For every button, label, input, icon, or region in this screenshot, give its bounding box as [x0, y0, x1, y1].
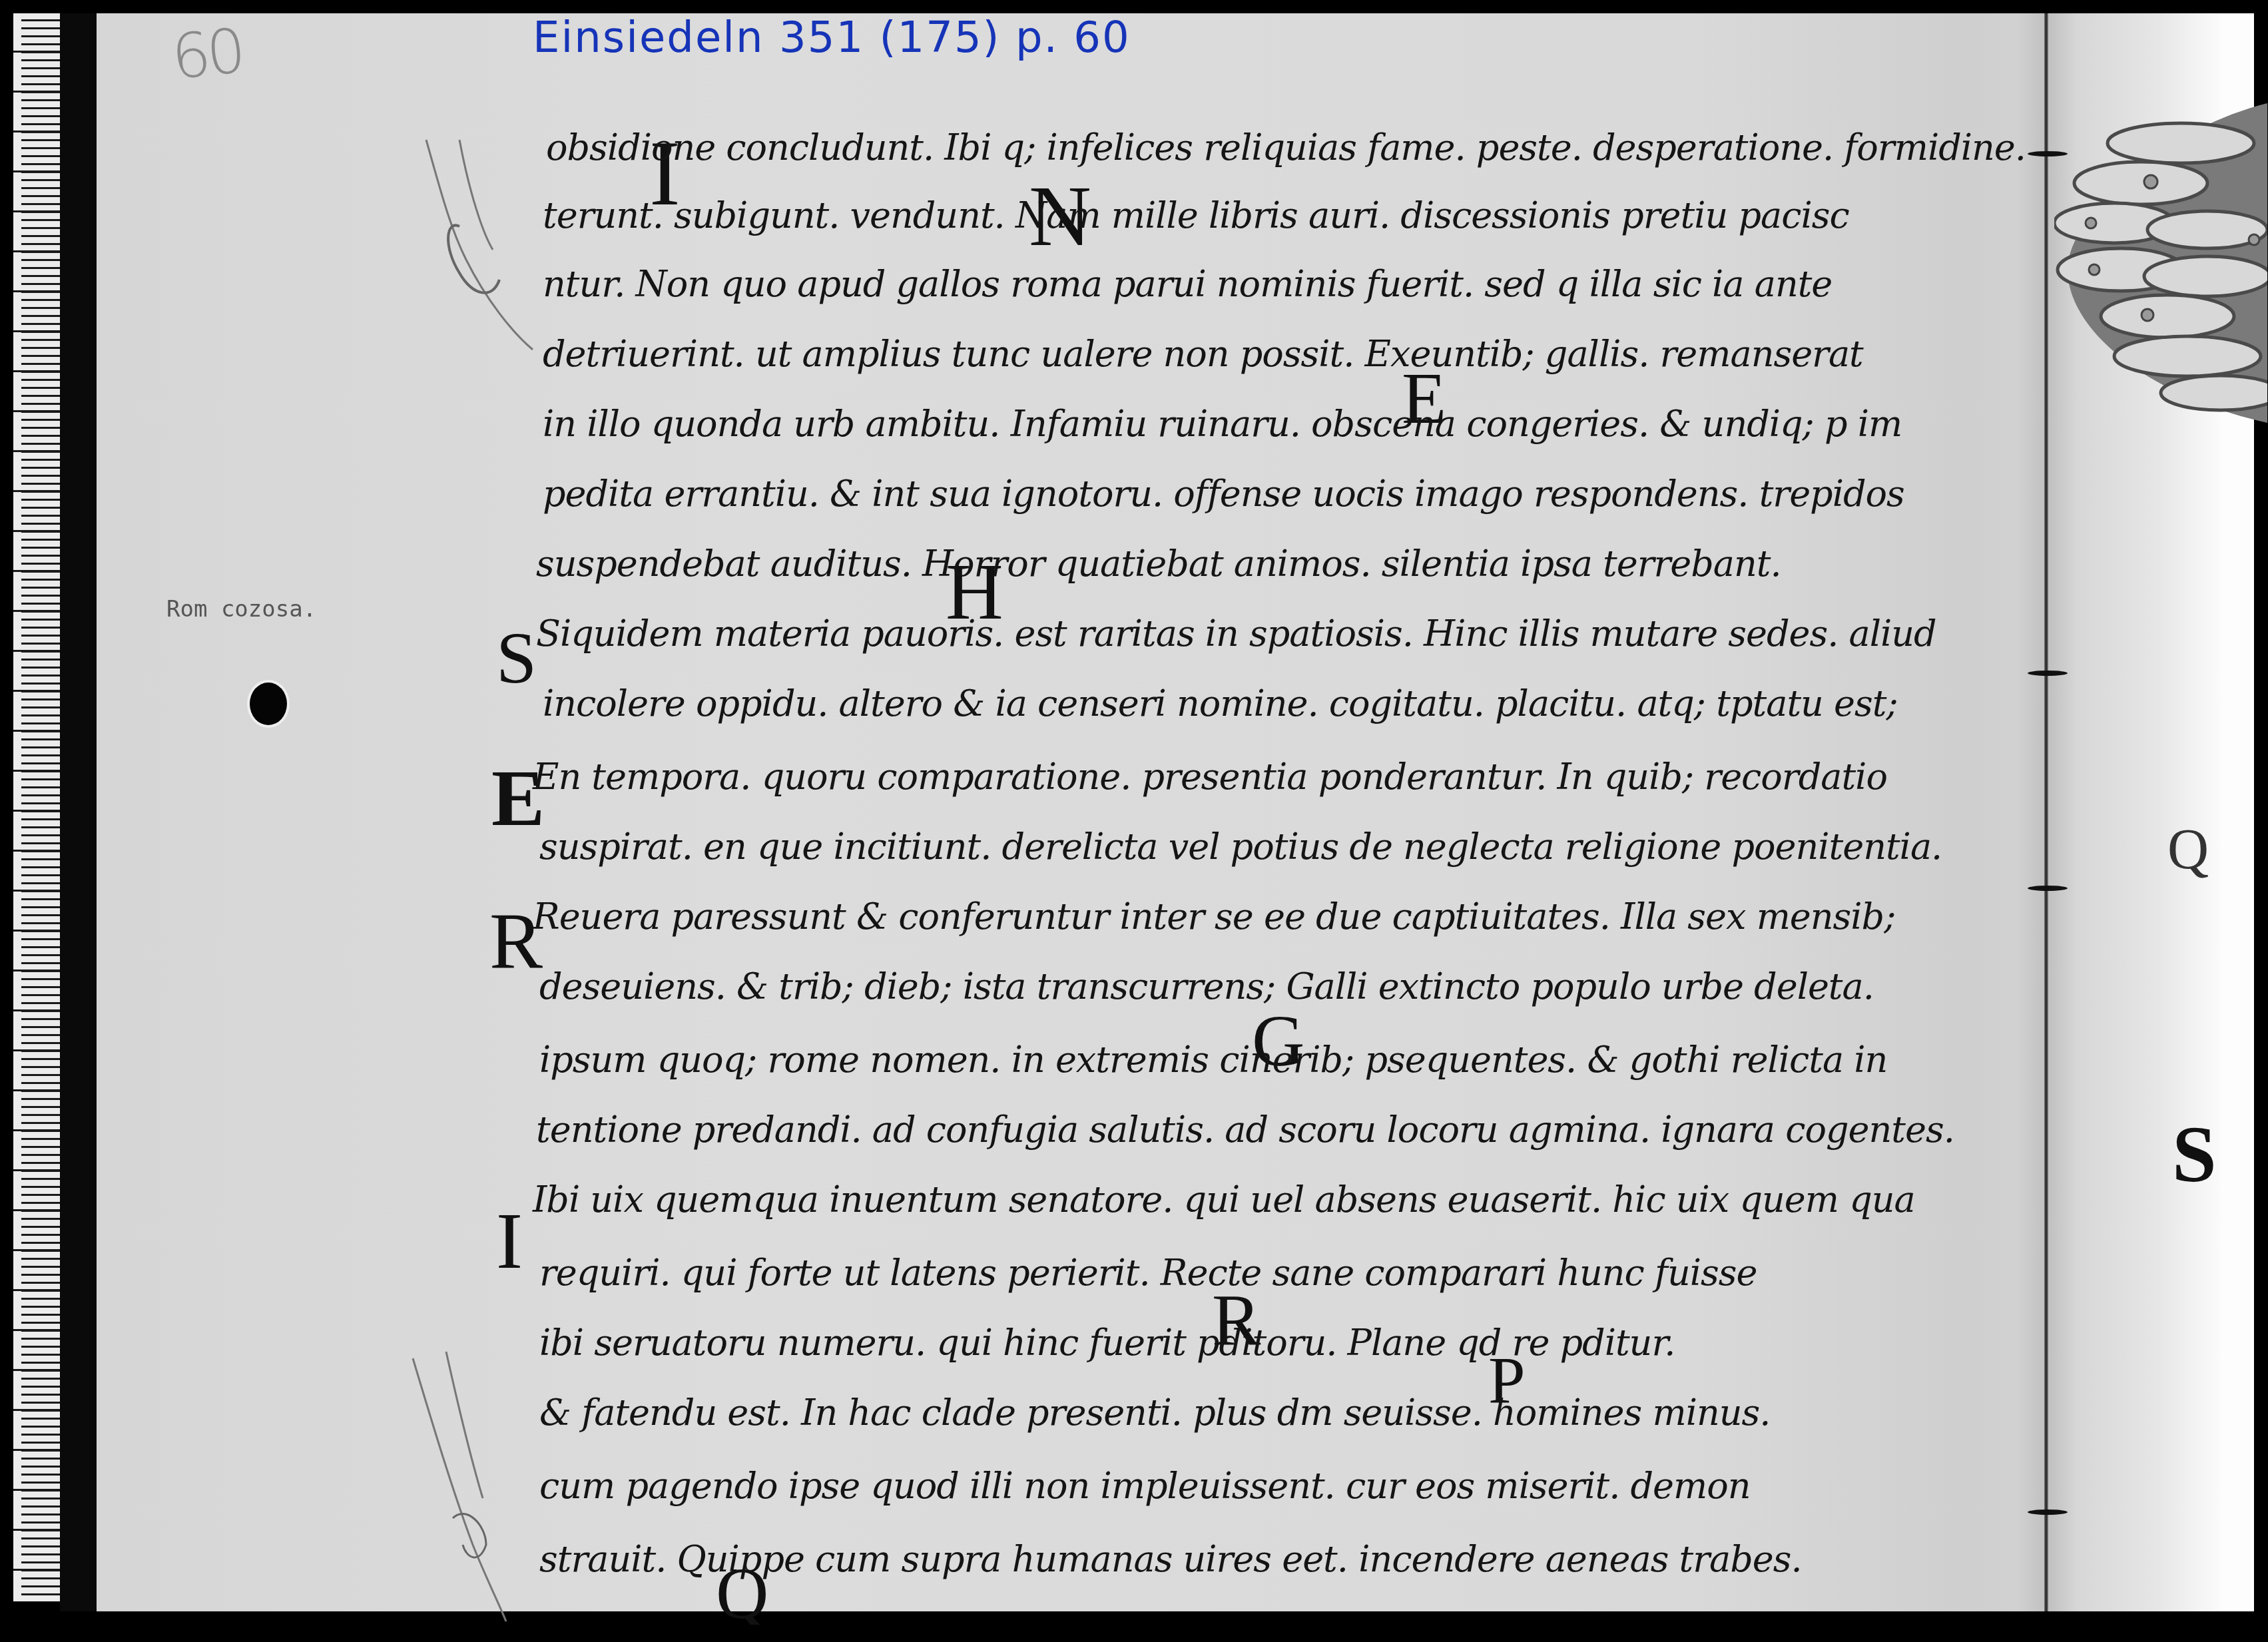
manuscript-line: pedita errantiu. & int sua ignotoru. off… — [543, 473, 1904, 515]
manuscript-line: Ibi uix quemqua inuentum senatore. qui u… — [533, 1179, 1915, 1221]
manuscript-line: ipsum quoq; rome nomen. in extremis cine… — [539, 1039, 1887, 1081]
manuscript-line: deseuiens. & trib; dieb; ista transcurre… — [539, 965, 1874, 1007]
manuscript-line: in illo quonda urb ambitu. Infamiu ruina… — [543, 403, 1902, 445]
facing-page-letter-q: Q — [2167, 816, 2209, 882]
manuscript-line: & fatendu est. In hac clade presenti. pl… — [539, 1392, 1770, 1434]
manuscript-line: Reuera paressunt & conferuntur inter se … — [533, 896, 1895, 938]
manuscript-line: detriuerint. ut amplius tunc ualere non … — [543, 333, 1863, 375]
manuscript-line: suspirat. en que incitiunt. derelicta ve… — [539, 826, 1942, 868]
initial-letter: I — [496, 1195, 523, 1287]
pencil-folio-number: 60 — [168, 15, 246, 93]
manuscript-line: strauit. Quippe cum supra humanas uires … — [539, 1538, 1802, 1580]
parchment-hole — [250, 683, 287, 725]
photo-bottom-border — [0, 1625, 2268, 1642]
interlace-decoration — [2054, 103, 2267, 423]
initial-letter: S — [496, 616, 537, 700]
pointing-hand-drawing — [406, 1345, 513, 1625]
manuscript-line: suspendebat auditus. Horror quatiebat an… — [536, 543, 1781, 585]
manuscript-line: incolere oppidu. altero & ia censeri nom… — [543, 683, 1898, 724]
manuscript-line: En tempora. quoru comparatione. presenti… — [533, 756, 1887, 798]
manuscript-line: terunt. subigunt. vendunt. Nam mille lib… — [543, 194, 1849, 236]
manuscript-line: Siquidem materia pauoris. est raritas in… — [536, 613, 1936, 655]
measurement-ruler — [13, 13, 60, 1601]
book-gutter — [2044, 13, 2048, 1611]
pointing-hand-drawing — [420, 133, 539, 360]
manuscript-line: ntur. Non quo apud gallos roma parui nom… — [543, 263, 1832, 305]
manuscript-line: tentione predandi. ad confugia salutis. … — [536, 1109, 1954, 1151]
shelfmark-annotation: Einsiedeln 351 (175) p. 60 — [533, 13, 1131, 63]
ruler-black-band — [60, 13, 97, 1611]
ruler-ticks — [13, 13, 60, 1601]
manuscript-line: cum pagendo ipse quod illi non impleuiss… — [539, 1465, 1751, 1507]
margin-note: Rom cozosa. — [166, 596, 316, 623]
manuscript-line: requiri. qui forte ut latens perierit. R… — [539, 1252, 1757, 1294]
sewing-station — [2028, 671, 2068, 676]
manuscript-line: ibi seruatoru numeru. qui hinc fuerit pd… — [539, 1322, 1675, 1364]
facing-page-letter-s: S — [2172, 1109, 2217, 1201]
sewing-station — [2028, 1509, 2068, 1515]
sewing-station — [2028, 886, 2068, 891]
manuscript-line: obsidione concludunt. Ibi q; infelices r… — [546, 127, 2026, 168]
